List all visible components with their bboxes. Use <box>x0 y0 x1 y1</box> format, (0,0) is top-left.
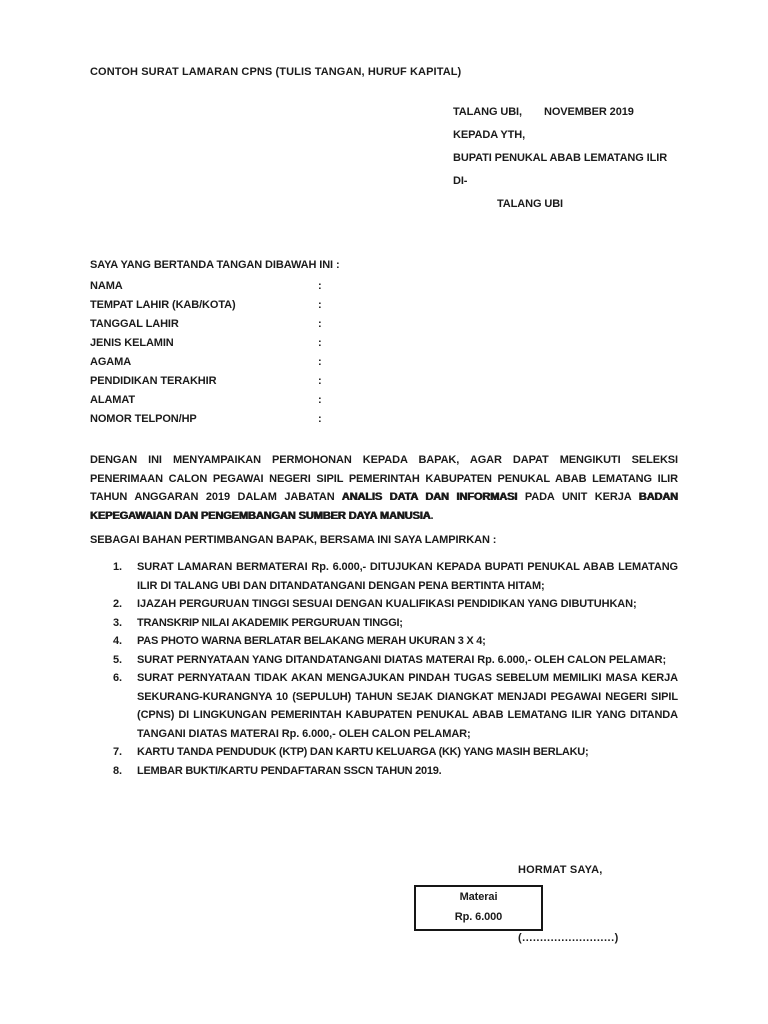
stamp-value: Rp. 6.000 <box>416 911 541 924</box>
field-label: PENDIDIKAN TERAKHIR <box>90 372 318 391</box>
field-label: AGAMA <box>90 353 318 372</box>
field-colon: : <box>318 334 328 353</box>
form-field-row: TANGGAL LAHIR : <box>90 315 490 334</box>
emphasis-position-title: ANALIS DATA DAN INFORMASI <box>342 491 518 503</box>
field-colon: : <box>318 391 328 410</box>
item-number: 2. <box>113 595 137 614</box>
field-label: NAMA <box>90 277 318 296</box>
field-label: TEMPAT LAHIR (KAB/KOTA) <box>90 296 318 315</box>
field-label: JENIS KELAMIN <box>90 334 318 353</box>
item-text: LEMBAR BUKTI/KARTU PENDAFTARAN SSCN TAHU… <box>137 762 678 781</box>
item-number: 4. <box>113 632 137 651</box>
attachments-heading: SEBAGAI BAHAN PERTIMBANGAN BAPAK, BERSAM… <box>90 531 496 550</box>
attachment-item: 3. TRANSKRIP NILAI AKADEMIK PERGURUAN TI… <box>90 614 678 633</box>
stamp-box: Materai Rp. 6.000 <box>414 885 543 931</box>
opening-paragraph: DENGAN INI MENYAMPAIKAN PERMOHONAN KEPAD… <box>90 451 678 525</box>
item-number: 7. <box>113 743 137 762</box>
recipient-to: KEPADA YTH, <box>453 127 690 144</box>
field-colon: : <box>318 353 328 372</box>
item-number: 5. <box>113 651 137 670</box>
item-text: SURAT LAMARAN BERMATERAI Rp. 6.000,- DIT… <box>137 558 678 595</box>
form-field-row: PENDIDIKAN TERAKHIR : <box>90 372 490 391</box>
form-field-row: NOMOR TELPON/HP : <box>90 410 490 429</box>
item-text: KARTU TANDA PENDUDUK (KTP) DAN KARTU KEL… <box>137 743 678 762</box>
stamp-label: Materai <box>416 891 541 904</box>
form-field-row: ALAMAT : <box>90 391 490 410</box>
recipient-place: TALANG UBI <box>453 196 690 213</box>
form-field-row: NAMA : <box>90 277 490 296</box>
field-colon: : <box>318 277 328 296</box>
item-text: IJAZAH PERGURUAN TINGGI SESUAI DENGAN KU… <box>137 595 678 614</box>
attachment-item: 6. SURAT PERNYATAAN TIDAK AKAN MENGAJUKA… <box>90 669 678 743</box>
item-number: 3. <box>113 614 137 633</box>
field-label: ALAMAT <box>90 391 318 410</box>
form-field-row: AGAMA : <box>90 353 490 372</box>
date-text: NOVEMBER 2019 <box>544 106 634 118</box>
form-fields: NAMA : TEMPAT LAHIR (KAB/KOTA) : TANGGAL… <box>90 277 490 429</box>
closing-salutation: HORMAT SAYA, <box>518 862 603 879</box>
attachment-item: 7. KARTU TANDA PENDUDUK (KTP) DAN KARTU … <box>90 743 678 762</box>
signature-placeholder: (..........................) <box>518 931 619 946</box>
item-text: SURAT PERNYATAAN TIDAK AKAN MENGAJUKAN P… <box>137 669 678 743</box>
recipient-block: TALANG UBI,NOVEMBER 2019 KEPADA YTH, BUP… <box>453 104 690 219</box>
form-field-row: TEMPAT LAHIR (KAB/KOTA) : <box>90 296 490 315</box>
city-date-line: TALANG UBI,NOVEMBER 2019 <box>453 104 690 121</box>
city-text: TALANG UBI, <box>453 106 522 118</box>
attachments-list: 1. SURAT LAMARAN BERMATERAI Rp. 6.000,- … <box>90 558 678 780</box>
field-colon: : <box>318 410 328 429</box>
attachment-item: 1. SURAT LAMARAN BERMATERAI Rp. 6.000,- … <box>90 558 678 595</box>
item-number: 1. <box>113 558 137 595</box>
item-text: TRANSKRIP NILAI AKADEMIK PERGURUAN TINGG… <box>137 614 678 633</box>
recipient-addressee: BUPATI PENUKAL ABAB LEMATANG ILIR <box>453 150 690 167</box>
paragraph-text: PADA UNIT KERJA <box>517 491 638 503</box>
recipient-di: DI- <box>453 173 690 190</box>
intro-line: SAYA YANG BERTANDA TANGAN DIBAWAH INI : <box>90 256 340 275</box>
field-colon: : <box>318 296 328 315</box>
paragraph-text: . <box>431 510 434 522</box>
field-colon: : <box>318 315 328 334</box>
item-number: 6. <box>113 669 137 743</box>
letter-title: CONTOH SURAT LAMARAN CPNS (TULIS TANGAN,… <box>90 66 461 78</box>
item-text: SURAT PERNYATAAN YANG DITANDATANGANI DIA… <box>137 651 678 670</box>
item-text: PAS PHOTO WARNA BERLATAR BELAKANG MERAH … <box>137 632 678 651</box>
attachment-item: 8. LEMBAR BUKTI/KARTU PENDAFTARAN SSCN T… <box>90 762 678 781</box>
document-page: CONTOH SURAT LAMARAN CPNS (TULIS TANGAN,… <box>0 0 768 1024</box>
field-colon: : <box>318 372 328 391</box>
field-label: NOMOR TELPON/HP <box>90 410 318 429</box>
form-field-row: JENIS KELAMIN : <box>90 334 490 353</box>
field-label: TANGGAL LAHIR <box>90 315 318 334</box>
attachment-item: 2. IJAZAH PERGURUAN TINGGI SESUAI DENGAN… <box>90 595 678 614</box>
item-number: 8. <box>113 762 137 781</box>
attachment-item: 4. PAS PHOTO WARNA BERLATAR BELAKANG MER… <box>90 632 678 651</box>
attachment-item: 5. SURAT PERNYATAAN YANG DITANDATANGANI … <box>90 651 678 670</box>
